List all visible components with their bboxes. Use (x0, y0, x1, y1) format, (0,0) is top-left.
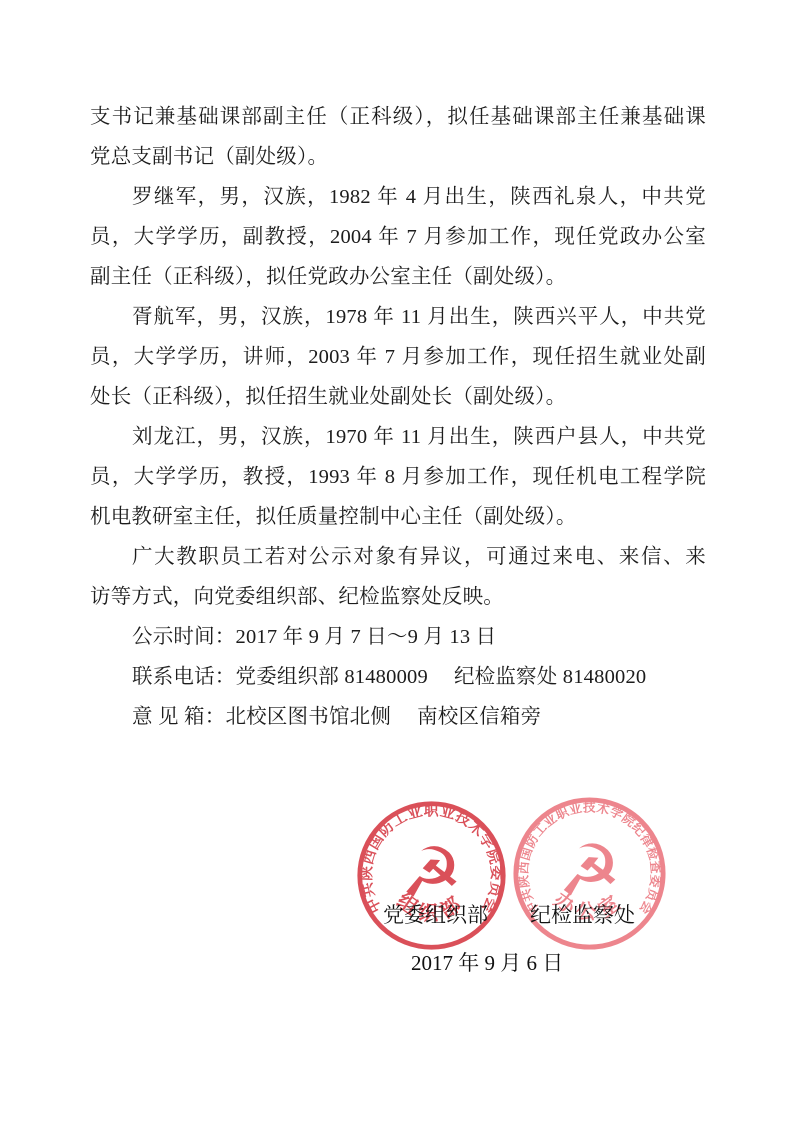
body-line: 员，大学学历，讲师，2003 年 7 月参加工作，现任招生就业处副 (90, 337, 706, 377)
body-line: 访等方式，向党委组织部、纪检监察处反映。 (90, 577, 706, 617)
seal-graphic: ☭ 中共陕西国防工业职业技术学院委员会 组织部 (355, 799, 508, 952)
body-line: 处长（正科级），拟任招生就业处副处长（副处级）。 (90, 377, 706, 417)
signature-date: 2017 年 9 月 6 日 (411, 951, 563, 975)
signature-issuers: 党委组织部 纪检监察处 (383, 903, 635, 927)
document-body: 支书记兼基础课部副主任（正科级），拟任基础课部主任兼基础课 党总支副书记（副处级… (90, 97, 706, 737)
body-line: 胥航军，男，汉族，1978 年 11 月出生，陕西兴平人，中共党 (90, 297, 706, 337)
body-line: 罗继军，男，汉族，1982 年 4 月出生，陕西礼泉人，中共党 (90, 177, 706, 217)
body-line: 副主任（正科级），拟任党政办公室主任（副处级）。 (90, 257, 706, 297)
body-line: 党总支副书记（副处级）。 (90, 137, 706, 177)
seal-graphic: ☭ 中共陕西国防工业职业技术学院纪律检查委员会 办公室 (511, 795, 668, 952)
body-line: 支书记兼基础课部副主任（正科级），拟任基础课部主任兼基础课 (90, 97, 706, 137)
organization-department-seal: ☭ 中共陕西国防工业职业技术学院委员会 组织部 (355, 799, 508, 952)
body-line: 机电教研室主任，拟任质量控制中心主任（副处级）。 (90, 497, 706, 537)
body-line: 刘龙江，男，汉族，1970 年 11 月出生，陕西户县人，中共党 (90, 417, 706, 457)
body-line: 员，大学学历，教授，1993 年 8 月参加工作，现任机电工程学院 (90, 457, 706, 497)
body-line: 广大教职员工若对公示对象有异议，可通过来电、来信、来 (90, 537, 706, 577)
contact-phone-line: 联系电话：党委组织部 81480009 纪检监察处 81480020 (90, 657, 706, 697)
body-line: 员，大学学历，副教授，2004 年 7 月参加工作，现任党政办公室 (90, 217, 706, 257)
publicity-period-line: 公示时间：2017 年 9 月 7 日～9 月 13 日 (90, 617, 706, 657)
discipline-inspection-office-seal: ☭ 中共陕西国防工业职业技术学院纪律检查委员会 办公室 (511, 795, 668, 952)
suggestion-box-line: 意 见 箱：北校区图书馆北侧 南校区信箱旁 (90, 697, 706, 737)
